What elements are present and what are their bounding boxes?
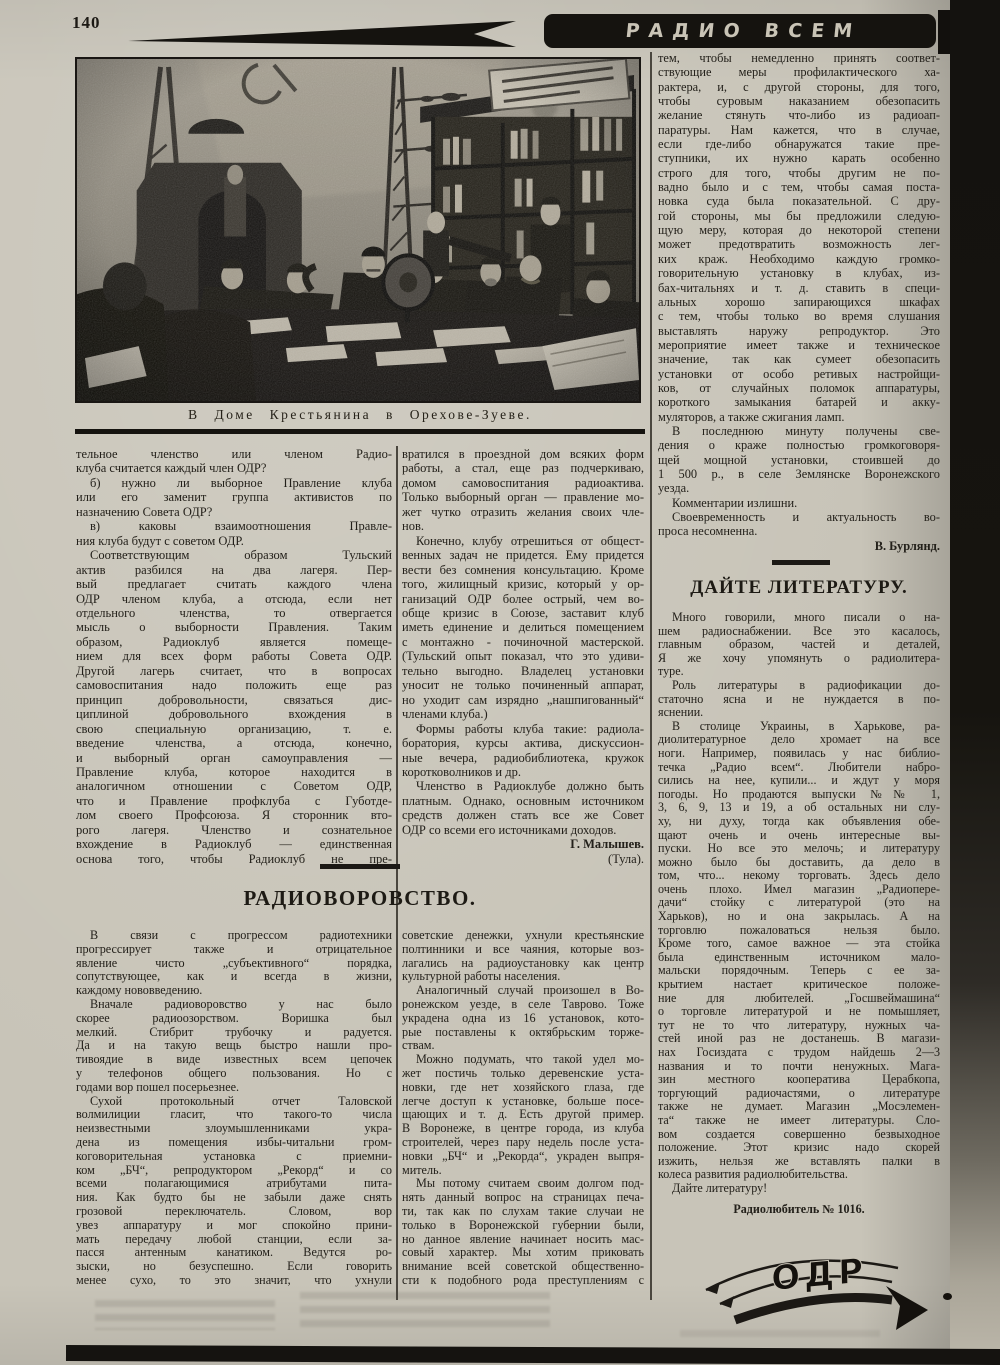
column-rule <box>396 446 398 1300</box>
text-line: и выборный орган самоуправления — <box>76 751 392 765</box>
text-line: Членство в Радиоклубе должно быть <box>402 779 644 793</box>
text-line: пуски. Но все это мелочь; и литературу <box>658 842 940 856</box>
text-line: том, что... некому торговать. Здесь дело <box>658 869 940 883</box>
text-line: самовоспитания надо положить еще раз <box>76 678 392 692</box>
odr-logo-text: ОДР <box>771 1251 867 1299</box>
text-line: новки, где нет хозяйского глаза, где <box>402 1081 644 1095</box>
text-line: зыски, но безуспешно. Если говорить <box>76 1260 392 1274</box>
text-line: только в Воронежской губернии были, <box>402 1219 644 1233</box>
text-line: пасся антенным канатиком. Ведутся ро- <box>76 1246 392 1260</box>
text-line: Мы потому считаем своим долгом под- <box>402 1177 644 1191</box>
text-line: та“ также не имеет литературы. Сло- <box>658 1114 940 1128</box>
text-line: вый предлагает считать каждого члена <box>76 577 392 591</box>
text-line: мальски порядочным. Теперь с ее за- <box>658 964 940 978</box>
text-line: но уходит сам изрядно „нашпигованный“ <box>402 693 644 707</box>
text-line: вом создается совершенно безвыходное <box>658 1128 940 1142</box>
text-line: клуба считается каждый член ОДР? <box>76 461 392 475</box>
text-line: назначению Совета ОДР? <box>76 505 392 519</box>
column-rule <box>650 52 652 1300</box>
text-line: годами вор пошел посерьезнее. <box>76 1081 392 1095</box>
text-line: установки от особо ретивых настройщи- <box>658 367 940 381</box>
text-line: грозовой переключатель. Словом, вор <box>76 1205 392 1219</box>
text-line: легче доступ к установке, больше посе- <box>402 1095 644 1109</box>
text-line: главным образом, частей и деталей, <box>658 638 940 652</box>
masthead: РАДИО ВСЕМ <box>544 14 936 48</box>
text-line: у телефонов общего пользования. Но с <box>76 1067 392 1081</box>
text-line: Дайте литературу! <box>658 1182 940 1196</box>
text-line: тельно выгодно. Владелец установки <box>402 664 644 678</box>
odr-society-logo: ОДР <box>690 1238 945 1338</box>
text-line: строго для того, чтобы другим не по- <box>658 166 940 180</box>
text-line: мысль о выборности Правления. Таким <box>76 620 392 634</box>
article-heading-literature: ДАЙТЕ ЛИТЕРАТУРУ. <box>658 577 940 599</box>
text-line: культурной работы населения. <box>402 970 644 984</box>
text-line: может предотвратить возможность лег- <box>658 237 940 251</box>
text-line: сопутствующее, как и всегда в жизни, <box>76 970 392 984</box>
bleedthrough-smudge <box>95 1300 275 1330</box>
text-line: митель. <box>402 1164 644 1178</box>
text-line: Своевременность и актуальность во- <box>658 510 940 524</box>
text-line: вхождение в Радиоклуб — единственная <box>76 837 392 851</box>
text-line: уносит не только починенный аппарат, <box>402 678 644 692</box>
text-line: альных хорошо запирающихся шкафах <box>658 295 940 309</box>
text-line: Вначале радиоворовство у нас было <box>76 998 392 1012</box>
text-line: муляторов, а также сжигания ламп. <box>658 410 940 424</box>
magazine-page: 140 РАДИО ВСЕМ <box>0 0 1000 1365</box>
text-line: течка „Радио всем“. Любители набро- <box>658 761 940 775</box>
text-line: актив разбился на два лагеря. Пер- <box>76 563 392 577</box>
photo-dom-krestyanina <box>75 57 641 403</box>
text-line: нием для всех форм работы Совета ОДР. <box>76 649 392 663</box>
theft-article-mid-column: советские денежки, ухнули крестьянскиепо… <box>402 929 644 1288</box>
photo-illustration <box>77 59 639 401</box>
text-line: Много говорили, много писали о на- <box>658 611 940 625</box>
text-line: чтобы суровым наказанием обезопасить <box>658 94 940 108</box>
text-line: ху, ни духу, тогда как объявления обе- <box>658 815 940 829</box>
text-line: прогрессирует также и отрицательное <box>76 943 392 957</box>
text-line: введение членства, а отсюда, конечно, <box>76 736 392 750</box>
text-line: вести без сомнения консультацию. Кроме <box>402 563 644 577</box>
text-line: рые поставлены к октябрьским торже- <box>402 1026 644 1040</box>
text-line: можно было бы доставить, да дело в <box>658 856 940 870</box>
text-line: рого лагеря. Членство и сознательное <box>76 823 392 837</box>
text-line: венных задач не придется. Ему придется <box>402 548 644 562</box>
text-line: вратился в проездной дом всяких форм <box>402 447 644 461</box>
text-line: рактера, и, с другой стороны, для того, <box>658 80 940 94</box>
text-line: щающих и т. д. Есть другой пример. <box>402 1108 644 1122</box>
text-line: названия и то почти ненужных. Мага- <box>658 1060 940 1074</box>
text-line: жет постичь только деревенские уста- <box>402 1067 644 1081</box>
text-line: неизвестными злоумышленниками укра- <box>76 1122 392 1136</box>
text-line: (Тула). <box>402 852 644 866</box>
text-line: Только выборный орган — правление мо- <box>402 490 644 504</box>
heavy-rule <box>75 429 645 434</box>
text-line: ганизаций ОДР более острый, чем во- <box>402 592 644 606</box>
text-line: советские денежки, ухнули крестьянские <box>402 929 644 943</box>
text-line: работы, а стал, еще раз подчеркиваю, <box>402 461 644 475</box>
text-line: новки „БЧ“ и „Рекорда“, украден выпря- <box>402 1150 644 1164</box>
text-line: с монтажно - починочной мастерской. <box>402 635 644 649</box>
photo-caption: В Доме Крестьянина в Орехове-Зуеве. <box>75 407 645 423</box>
text-line: иметь единение и делиться помещением <box>402 620 644 634</box>
text-line: мелкий. Стибрит трубочку и радуется. <box>76 1026 392 1040</box>
text-line: ронежском уезде, в селе Таврово. Тоже <box>402 998 644 1012</box>
text-line: б) нужно ли выборное Правление клуба <box>76 476 392 490</box>
text-line: ния клуба будут с советом ОДР. <box>76 534 392 548</box>
text-line: В связи с прогрессом радиотехники <box>76 929 392 943</box>
text-line: аналогичном отношении с Советом ОДР, <box>76 779 392 793</box>
text-line: тельное членство или членом Радио- <box>76 447 392 461</box>
text-line: ком „БЧ“, репродуктором „Рекорд“ и со <box>76 1164 392 1178</box>
text-line: вадно было и с тем, чтобы самая поста- <box>658 180 940 194</box>
text-line: короткого замыкания батарей и акку- <box>658 395 940 409</box>
text-line: говорительную установку в клубах, из- <box>658 266 940 280</box>
text-line: 1 500 р., в селе Землянске Воронежского <box>658 467 940 481</box>
text-line: явление чисто „субъективного“ порядка, <box>76 957 392 971</box>
text-line: сти к подобного рода преступлениям с <box>402 1274 644 1288</box>
text-line: о торговле литературой и не помышляет, <box>658 1005 940 1019</box>
text-line: диолитературное дело хромает на все <box>658 733 940 747</box>
text-line: дения о краже полностью громкоговоря- <box>658 438 940 452</box>
section-divider <box>772 560 830 565</box>
text-line: в) каковы взаимоотношения Правле- <box>76 519 392 533</box>
text-line: паратуры. Нам кажется, что в случае, <box>658 123 940 137</box>
text-line: колеса развития радиолюбительства. <box>658 1168 940 1182</box>
text-line: крытием настает критическое положе- <box>658 978 940 992</box>
text-line: или его заменит группа активистов по <box>76 490 392 504</box>
masthead-title: РАДИО ВСЕМ <box>617 20 863 42</box>
text-line: погоды. Но продаются выпуски №№ 1, <box>658 788 940 802</box>
theft-article-left-column: В связи с прогрессом радиотехникипрогрес… <box>76 929 392 1288</box>
text-line: сились на нее, купили... и ждут у моря <box>658 774 940 788</box>
text-line: лагались на радиоустановку как центр <box>402 957 644 971</box>
article-heading-theft: РАДИОВОРОВСТВО. <box>75 886 645 911</box>
club-article-mid-column: вратился в проездной дом всяких формрабо… <box>402 447 644 866</box>
text-line: платным. Однако, основным источником <box>402 794 644 808</box>
text-line: значение, так как сумеет обезопасить <box>658 352 940 366</box>
text-line: жет чутко отразить желания своих чле- <box>402 505 644 519</box>
text-line: нах Госиздата с трудом найдешь 2—3 <box>658 1046 940 1060</box>
text-line: мероприятие имеет также и техническое <box>658 338 940 352</box>
text-line: дачи“ стойку с литературой (это на <box>658 896 940 910</box>
text-line: Правление клуба, которое находится в <box>76 765 392 779</box>
text-line: В последнюю минуту получены све- <box>658 424 940 438</box>
text-line: домом самовоспитания радиоактива. <box>402 476 644 490</box>
text-line: В. Бурлянд. <box>658 539 940 553</box>
text-line: положение. Этот кризис надо скорей <box>658 1141 940 1155</box>
text-line: тивоядие в виде известных всем цепочек <box>76 1053 392 1067</box>
text-line: коговорительная установка с приемни- <box>76 1150 392 1164</box>
text-line: обще кризис в Союзе, заставит клуб <box>402 606 644 620</box>
text-line: уезда. <box>658 481 940 495</box>
text-line: полтинники и все чаяния, которые воз- <box>402 943 644 957</box>
text-line: ствующие меры профилактического ха- <box>658 65 940 79</box>
text-line: коротковолников и др. <box>402 765 644 779</box>
text-line: ОДР со всеми его источниками доходов. <box>402 823 644 837</box>
text-line: внимание всей советской общественно- <box>402 1260 644 1274</box>
text-line: если где-либо обнаружатся такие пре- <box>658 137 940 151</box>
text-line: волмилиции гласит, что такого-то числа <box>76 1108 392 1122</box>
text-line: также не думает. Магазин „Мосэлемен- <box>658 1100 940 1114</box>
scan-edge-bottom <box>66 1345 1000 1365</box>
text-line: изжить, нельзя же вставлять палки в <box>658 1155 940 1169</box>
text-line: принцип добровольности, связаться дис- <box>76 693 392 707</box>
text-line: Соответствующим образом Тульский <box>76 548 392 562</box>
text-line: того, жилищный кризис, который у ор- <box>402 577 644 591</box>
text-line: проса несомненна. <box>658 524 940 538</box>
section-divider <box>320 864 400 869</box>
text-line: украдена одна из 16 установок, кото- <box>402 1012 644 1026</box>
text-line: что и Правление профклуба с Губотде- <box>76 794 392 808</box>
text-line: стей иной раз не достанешь. В магази- <box>658 1032 940 1046</box>
text-line: В Воронеже, в центре города, из клуба <box>402 1122 644 1136</box>
page-number: 140 <box>72 13 101 33</box>
text-line: В столице Украины, в Харькове, ра- <box>658 720 940 734</box>
text-line: мать передачу любой станции, если за- <box>76 1233 392 1247</box>
text-line: членами клуба.) <box>402 707 644 721</box>
text-line: Формы работы клуба такие: радиола- <box>402 722 644 736</box>
text-line: средств должен стать все же Совет <box>402 808 644 822</box>
text-line: новка суда была показательной. С дру- <box>658 194 940 208</box>
text-line: лом своего Профсоюза. Я сторонник вто- <box>76 808 392 822</box>
header-rule-ribbon <box>128 18 540 50</box>
club-article-left-column: тельное членство или членом Радио-клуба … <box>76 447 392 866</box>
text-line: тем, чтобы немедленно принять соответ- <box>658 51 940 65</box>
text-line: ния. Как будто бы не забыли даже снять <box>76 1191 392 1205</box>
text-line: Харьков), но и она закрылась. А на <box>658 910 940 924</box>
text-line: торговлю пожаловаться нельзя было. <box>658 924 940 938</box>
theft-article-right-column: тем, чтобы немедленно принять соответ-ст… <box>658 51 940 553</box>
text-line: желание стянуть что-либо из радиоап- <box>658 108 940 122</box>
text-line: Сухой протокольный отчет Таловской <box>76 1095 392 1109</box>
scan-edge-band <box>950 0 1000 1365</box>
text-line: тут не то что литературу, нужных ча- <box>658 1019 940 1033</box>
text-line: ОДР членом клуба, а отсюда, если нет <box>76 592 392 606</box>
text-line: ноги. Например, появилась у нас библио- <box>658 747 940 761</box>
text-line: совый характер. Мы хотим приковать <box>402 1246 644 1260</box>
text-line: зин местного кооператива Церабкопа, <box>658 1073 940 1087</box>
text-line: 3, 6, 9, 13 и 19, а об остальных ни слу- <box>658 801 940 815</box>
text-line: Я же хочу упомянуть о радиолитера- <box>658 652 940 666</box>
text-line: ные вечера, радиобиблиотека, кружок <box>402 751 644 765</box>
text-line: скорее радиоозорством. Воришка был <box>76 1012 392 1026</box>
text-line: менее сухо, то это значит, что ухнули <box>76 1274 392 1288</box>
text-line: циплиной добровольного вхождения в <box>76 707 392 721</box>
text-line: Аналогичный случай произошел в Во- <box>402 984 644 998</box>
text-line: Кроме того, самое важное — эта стойка <box>658 937 940 951</box>
text-line: Г. Малышев. <box>402 837 644 851</box>
text-line: щей мощной установки, стоившей до <box>658 453 940 467</box>
text-line: очень плохо. Имел магазин „Радиопере- <box>658 883 940 897</box>
text-line: статочно ясна и не нуждается в по- <box>658 693 940 707</box>
bleedthrough-smudge <box>300 1292 550 1330</box>
text-line: Другой лагерь считает, что в вопросах <box>76 664 392 678</box>
text-line: шем радиоснабжении. Все это касалось, <box>658 625 940 639</box>
text-line: свою специальную организацию, т. е. <box>76 722 392 736</box>
text-line: выставлять наружу репродуктор. Это <box>658 324 940 338</box>
text-line: но данное явление начинает носить мас- <box>402 1233 644 1247</box>
text-line: каждому нововведению. <box>76 984 392 998</box>
text-line: нов. <box>402 519 644 533</box>
text-line: дена из помещения избы-читальни гром- <box>76 1136 392 1150</box>
text-line: ков, от случайных поломок аппаратуры, <box>658 381 940 395</box>
text-line: щую меру, которая до некоторой степени <box>658 223 940 237</box>
text-line: Можно подумать, что такой удел мо- <box>402 1053 644 1067</box>
text-line: ти, так как по слухам такие случаи не <box>402 1205 644 1219</box>
text-line: бах-читальнях и т. д. ставить в специ- <box>658 281 940 295</box>
text-line: Комментарии излишни. <box>658 496 940 510</box>
text-line: туре. <box>658 665 940 679</box>
text-line: ние для любителей. „Госшвеймашина“ <box>658 992 940 1006</box>
bleedthrough-smudge <box>680 1330 880 1344</box>
text-line: нять данный вопрос на страницах печа- <box>402 1191 644 1205</box>
text-line: гой стороны, мы бы предложили следую- <box>658 209 940 223</box>
text-line: всеми полагающимися атрибутами пита- <box>76 1177 392 1191</box>
text-line: образом, Радиоклуб является помеще- <box>76 635 392 649</box>
text-line: боратория, курсы актива, дискуссион- <box>402 736 644 750</box>
text-line: торгующий радиочастями, о литературе <box>658 1087 940 1101</box>
literature-article-column: Много говорили, много писали о на-шем ра… <box>658 611 940 1216</box>
text-line: Да и на такую вещь быстро нашли про- <box>76 1039 392 1053</box>
text-line: была единственным источником мало- <box>658 951 940 965</box>
text-line: Роль литературы в радиофикации до- <box>658 679 940 693</box>
text-line: Радиолюбитель № 1016. <box>658 1203 940 1217</box>
text-line: с тем, чтобы только во время слушания <box>658 309 940 323</box>
text-line: ких краж. Необходимо каждую громко- <box>658 252 940 266</box>
text-line: щают очень и очень интересные вы- <box>658 829 940 843</box>
text-line: ступники, их нужно карать особенно <box>658 151 940 165</box>
text-line: ствам. <box>402 1039 644 1053</box>
text-line: Конечно, клубу отрешиться от общест- <box>402 534 644 548</box>
text-line: отдельного членства, то отвергается <box>76 606 392 620</box>
text-line: увез аппаратуру и мог спокойно прини- <box>76 1219 392 1233</box>
text-line: (Тульский опыт показал, что это удиви- <box>402 649 644 663</box>
text-line: яснении. <box>658 706 940 720</box>
text-line: строителей, через пару недель после уста… <box>402 1136 644 1150</box>
